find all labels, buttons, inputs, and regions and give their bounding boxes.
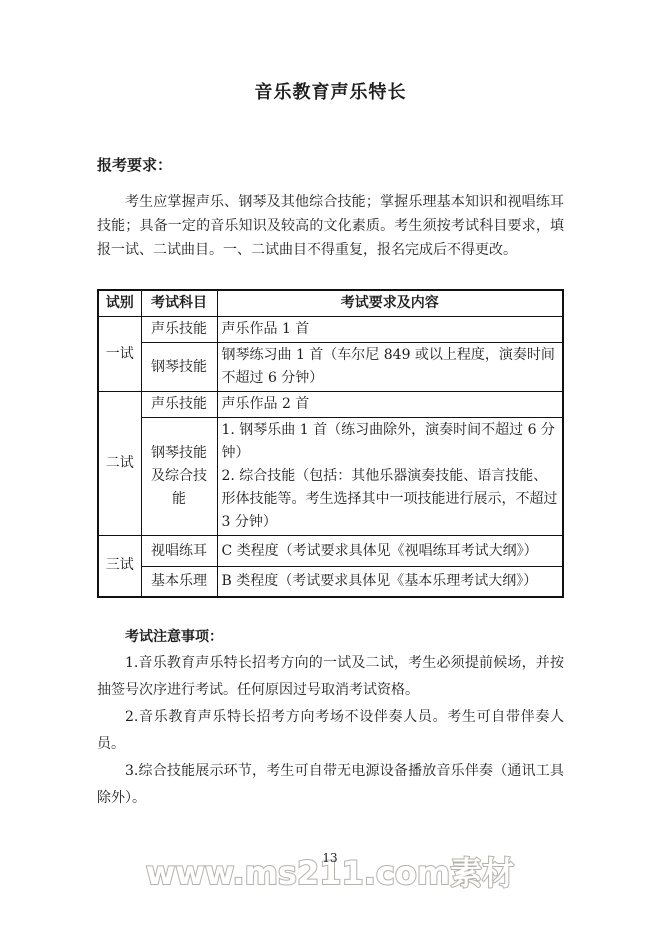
requirement-cell: 声乐作品 1 首 (217, 317, 563, 343)
requirement-item: 1. 钢琴乐曲 1 首（练习曲除外，演奏时间不超过 6 分钟） (222, 419, 559, 465)
note-item: 2.音乐教育声乐特长招考方向考场不设伴奏人员。考生可自带伴奏人员。 (97, 704, 564, 758)
header-round: 试别 (98, 290, 141, 317)
note-item: 3.综合技能展示环节，考生可自带无电源设备播放音乐伴奏（通讯工具除外）。 (97, 758, 564, 812)
subject-cell: 基本乐理 (141, 567, 217, 597)
note-item: 1.音乐教育声乐特长招考方向的一试及二试，考生必须提前候场，并按抽签号次序进行考… (97, 650, 564, 704)
requirements-body: 考生应掌握声乐、钢琴及其他综合技能；掌握乐理基本知识和视唱练耳技能；具备一定的音… (97, 190, 564, 262)
notes-heading: 考试注意事项： (97, 626, 564, 646)
table-row: 钢琴技能 钢琴练习曲 1 首（车尔尼 849 或以上程度，演奏时间不超过 6 分… (98, 343, 563, 392)
round-cell: 一试 (98, 317, 141, 392)
round-cell: 二试 (98, 392, 141, 536)
subject-cell: 钢琴技能及综合技能 (141, 418, 217, 536)
notes-block: 1.音乐教育声乐特长招考方向的一试及二试，考生必须提前候场，并按抽签号次序进行考… (97, 650, 564, 812)
subject-cell: 视唱练耳 (141, 536, 217, 567)
table-header-row: 试别 考试科目 考试要求及内容 (98, 290, 563, 317)
header-requirement: 考试要求及内容 (217, 290, 563, 317)
requirement-cell: 1. 钢琴乐曲 1 首（练习曲除外，演奏时间不超过 6 分钟） 2. 综合技能（… (217, 418, 563, 536)
subject-cell: 声乐技能 (141, 317, 217, 343)
requirement-cell: B 类程度（考试要求具体见《基本乐理考试大纲》） (217, 567, 563, 597)
exam-table: 试别 考试科目 考试要求及内容 一试 声乐技能 声乐作品 1 首 钢琴技能 钢琴… (97, 289, 564, 598)
table-row: 基本乐理 B 类程度（考试要求具体见《基本乐理考试大纲》） (98, 567, 563, 597)
round-cell: 三试 (98, 536, 141, 597)
subject-cell: 声乐技能 (141, 392, 217, 418)
header-subject: 考试科目 (141, 290, 217, 317)
table-row: 钢琴技能及综合技能 1. 钢琴乐曲 1 首（练习曲除外，演奏时间不超过 6 分钟… (98, 418, 563, 536)
table-row: 二试 声乐技能 声乐作品 2 首 (98, 392, 563, 418)
subject-cell: 钢琴技能 (141, 343, 217, 392)
requirement-cell: 钢琴练习曲 1 首（车尔尼 849 或以上程度，演奏时间不超过 6 分钟） (217, 343, 563, 392)
requirements-heading: 报考要求： (97, 154, 564, 175)
requirement-cell: 声乐作品 2 首 (217, 392, 563, 418)
table-row: 一试 声乐技能 声乐作品 1 首 (98, 317, 563, 343)
document-page: 音乐教育声乐特长 报考要求： 考生应掌握声乐、钢琴及其他综合技能；掌握乐理基本知… (0, 0, 660, 933)
page-number: 13 (0, 851, 660, 865)
document-content: 音乐教育声乐特长 报考要求： 考生应掌握声乐、钢琴及其他综合技能；掌握乐理基本知… (0, 0, 660, 812)
requirement-cell: C 类程度（考试要求具体见《视唱练耳考试大纲》） (217, 536, 563, 567)
table-row: 三试 视唱练耳 C 类程度（考试要求具体见《视唱练耳考试大纲》） (98, 536, 563, 567)
page-title: 音乐教育声乐特长 (97, 0, 564, 104)
requirement-item: 2. 综合技能（包括：其他乐器演奏技能、语言技能、形体技能等。考生选择其中一项技… (222, 465, 559, 534)
